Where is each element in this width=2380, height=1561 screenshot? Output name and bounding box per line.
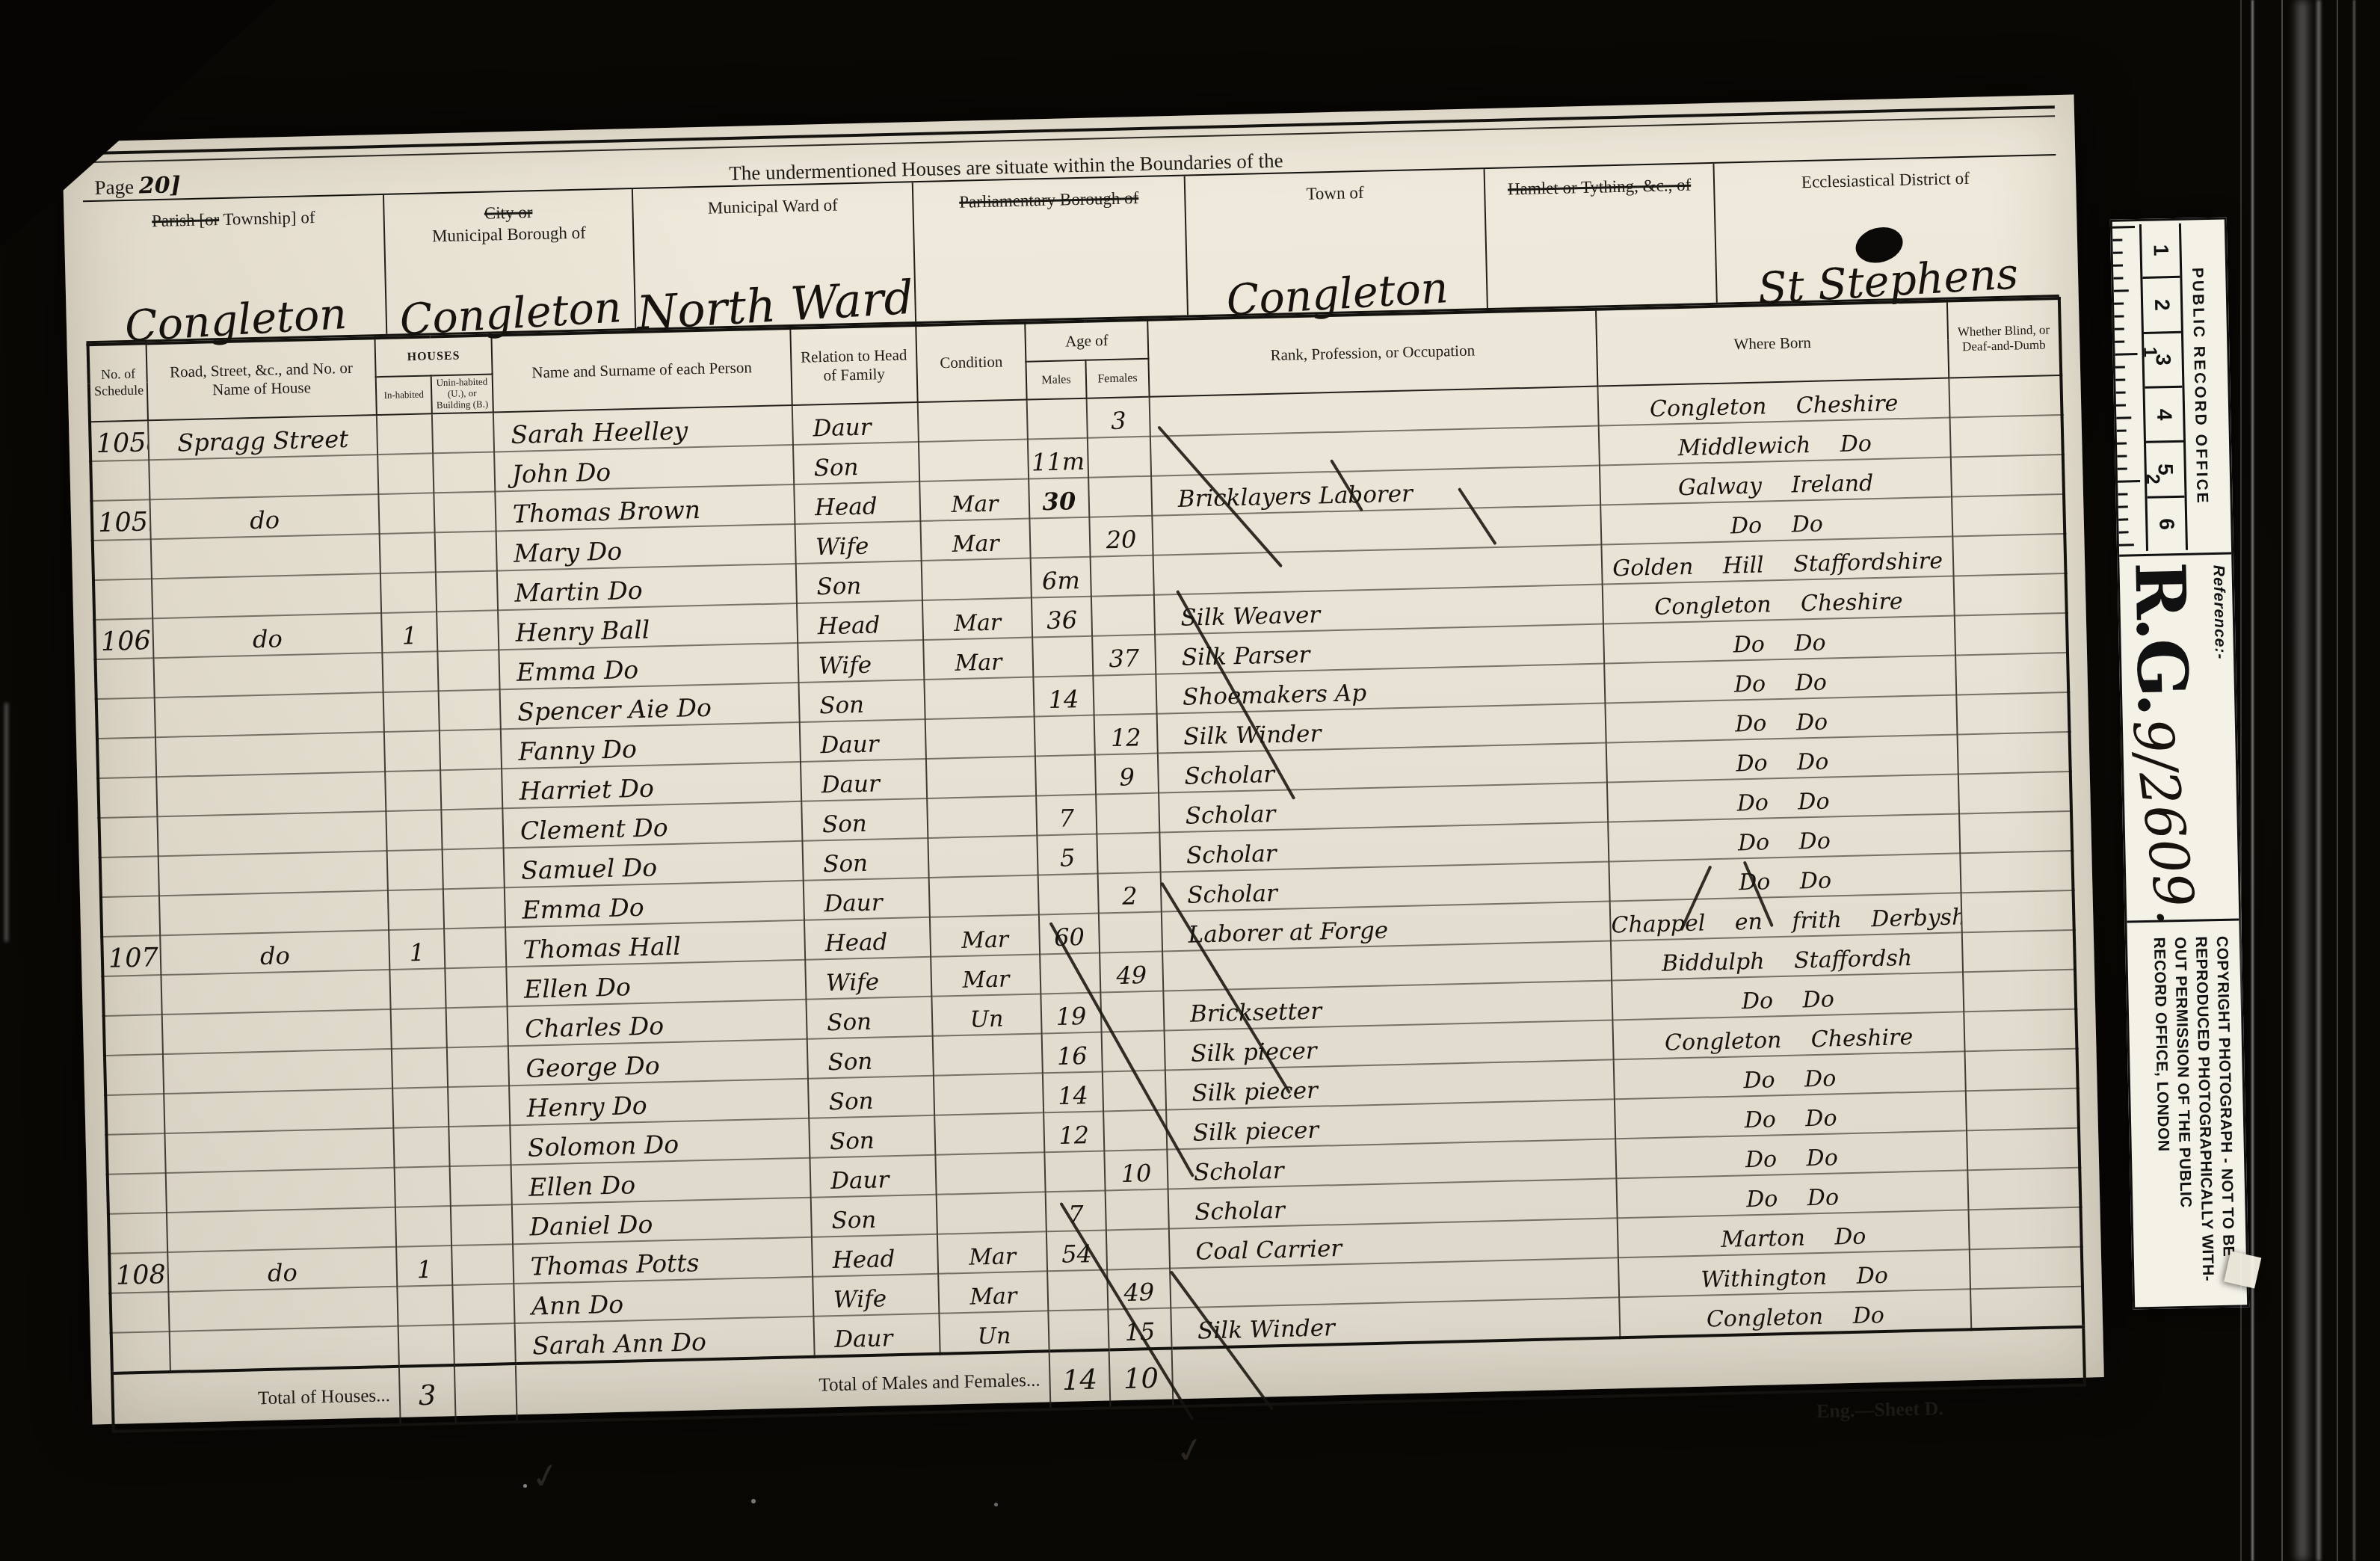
cell-relation: Daur xyxy=(804,878,930,920)
cell-condition xyxy=(926,757,1036,798)
cell-schedule: 106 xyxy=(94,618,153,659)
header-schedule: No. of Schedule xyxy=(88,343,148,422)
film-scratch xyxy=(2353,0,2355,1561)
film-scratch xyxy=(2317,0,2320,1561)
cell-relation: Son xyxy=(793,442,919,484)
cell-name: Sarah Heelley xyxy=(493,405,793,452)
cell-blind xyxy=(1963,970,2076,1012)
cell-schedule xyxy=(93,579,152,620)
cell-age-female xyxy=(1102,1031,1165,1072)
cell-uninhabited xyxy=(450,1165,512,1206)
cell-inhabited xyxy=(391,1008,447,1049)
cell-condition xyxy=(927,795,1037,837)
cell-schedule xyxy=(106,1133,165,1174)
cell-blind xyxy=(1959,811,2072,854)
film-speck xyxy=(523,1484,527,1488)
cell-inhabited xyxy=(387,849,443,890)
cell-schedule xyxy=(108,1173,167,1214)
district-box-town: Town of Congleton xyxy=(1184,169,1487,315)
cell-road: do xyxy=(152,613,382,658)
header-relation: Relation to Head of Family xyxy=(790,325,917,405)
cell-name: Ann Do xyxy=(514,1277,813,1323)
cell-schedule xyxy=(105,1054,164,1095)
cell-relation: Son xyxy=(807,1036,934,1079)
card-fold-corner xyxy=(2224,1251,2261,1288)
cell-age-male: 30 xyxy=(1029,478,1089,519)
cell-schedule xyxy=(98,777,157,818)
cell-uninhabited xyxy=(440,769,502,810)
cell-schedule: 105a xyxy=(90,420,149,461)
cell-age-female: 15 xyxy=(1108,1308,1171,1349)
cell-condition xyxy=(924,677,1034,719)
cell-road: do xyxy=(149,494,379,539)
ruler-box-number: 2 xyxy=(2142,278,2181,333)
census-table: No. of Schedule Road, Street, &c., and N… xyxy=(87,297,2087,1433)
cell-inhabited xyxy=(380,532,436,573)
cell-uninhabited xyxy=(446,1006,508,1047)
cell-name: John Do xyxy=(494,445,794,491)
cell-schedule xyxy=(97,737,156,778)
header-name: Name and Surname of each Person xyxy=(491,328,792,412)
cell-road xyxy=(151,534,380,579)
cell-blind xyxy=(1961,890,2074,933)
cell-relation: Head xyxy=(797,600,923,643)
cell-relation: Head xyxy=(804,917,931,960)
census-body: 105a Spragg Street Sarah Heelley Daur 3 … xyxy=(90,375,2083,1373)
cell-blind xyxy=(1955,613,2068,656)
reference-label: Reference:- xyxy=(2209,565,2229,660)
cell-uninhabited xyxy=(439,689,501,730)
film-scratch xyxy=(2240,0,2242,1561)
cell-condition xyxy=(935,1152,1045,1194)
cell-condition xyxy=(925,717,1035,759)
cell-uninhabited xyxy=(443,848,505,889)
cell-road xyxy=(153,653,383,698)
header-inhabited: In-habited xyxy=(376,376,432,416)
cell-condition xyxy=(934,1073,1043,1115)
cell-inhabited xyxy=(377,453,434,494)
cell-relation: Daur xyxy=(801,759,927,801)
cell-relation: Daur xyxy=(792,402,919,445)
cell-uninhabited xyxy=(445,967,507,1008)
cell-condition xyxy=(922,558,1032,600)
cell-relation: Wife xyxy=(798,640,924,683)
cell-name: Ellen Do xyxy=(506,960,806,1006)
cell-condition: Mar xyxy=(931,954,1041,996)
cell-condition xyxy=(928,835,1038,877)
cell-road xyxy=(164,1128,394,1173)
cell-relation: Son xyxy=(809,1115,935,1158)
district-box-parish: Parish [or Township] of Congleton xyxy=(83,195,386,341)
cell-age-male: 11m xyxy=(1028,438,1088,479)
ruler-box-number: 6 xyxy=(2148,497,2186,550)
cell-schedule xyxy=(102,975,161,1016)
cell-name: Emma Do xyxy=(505,881,804,927)
header-age-group: Age of xyxy=(1025,320,1148,362)
cell-name: Thomas Potts xyxy=(513,1237,813,1284)
cell-age-female xyxy=(1097,833,1160,874)
census-sheet: Page 20] The undermentioned Houses are s… xyxy=(62,95,2104,1425)
district-box-label: Ecclesiastical District of xyxy=(1714,166,2056,196)
totals-females-value: 10 xyxy=(1109,1348,1174,1408)
cell-name: Spencer Aie Do xyxy=(500,683,800,729)
header-condition: Condition xyxy=(916,323,1026,402)
cell-blind xyxy=(1949,375,2062,418)
cell-inhabited xyxy=(382,651,438,692)
cell-inhabited xyxy=(397,1285,453,1326)
cell-condition: Mar xyxy=(922,598,1032,640)
ruler-box-number: 1 xyxy=(2142,224,2180,279)
cell-condition xyxy=(929,875,1039,917)
page-number-value: 20] xyxy=(138,172,181,199)
cell-blind xyxy=(1970,1287,2083,1330)
cell-name: Charles Do xyxy=(508,1000,807,1046)
cell-age-female xyxy=(1096,793,1159,834)
cell-blind xyxy=(1954,573,2067,616)
cell-age-male xyxy=(1047,1269,1108,1311)
cell-name: Martin Do xyxy=(497,564,797,610)
cell-name: Harriet Do xyxy=(502,762,801,808)
cell-blind xyxy=(1958,772,2071,814)
cell-inhabited xyxy=(398,1325,454,1367)
cell-blind xyxy=(1958,732,2071,775)
cell-inhabited xyxy=(393,1127,449,1168)
film-scratch xyxy=(4,703,8,942)
cell-relation: Son xyxy=(802,838,928,881)
cell-condition: Mar xyxy=(920,519,1030,561)
district-box-label: City orMunicipal Borough of xyxy=(385,200,633,248)
pro-label-card: PUBLIC RECORD OFFICE 123456 1 2 Referenc… xyxy=(2110,218,2250,1310)
totals-mf-label: Total of Males and Females... xyxy=(516,1351,1051,1422)
reference-value: R.G.9/2609. xyxy=(2119,561,2207,926)
cell-relation: Daur xyxy=(810,1155,936,1198)
cell-blind xyxy=(1969,1207,2082,1250)
cell-blind xyxy=(1964,1009,2077,1052)
cell-blind xyxy=(1960,851,2073,893)
cell-road xyxy=(156,772,386,816)
cell-uninhabited xyxy=(447,1046,509,1087)
cell-condition: Mar xyxy=(930,914,1040,956)
cell-blind xyxy=(1955,653,2068,695)
check-mark: ✓ xyxy=(527,1453,563,1499)
cell-age-male: 16 xyxy=(1042,1032,1103,1074)
cell-age-female: 37 xyxy=(1092,635,1156,676)
cell-road xyxy=(163,1049,392,1094)
cell-inhabited xyxy=(380,572,437,613)
district-box-label: Town of xyxy=(1186,179,1485,208)
cell-road xyxy=(164,1089,393,1133)
cell-name: Mary Do xyxy=(496,524,796,570)
cell-inhabited xyxy=(392,1047,448,1089)
cell-blind xyxy=(1952,494,2065,537)
cell-name: Henry Do xyxy=(509,1079,809,1125)
cell-age-female xyxy=(1103,1071,1166,1112)
district-box-hamlet: Hamlet or Tything, &c., of xyxy=(1484,164,1716,308)
cell-inhabited xyxy=(386,810,442,851)
cell-name: Fanny Do xyxy=(501,722,801,769)
film-scratch xyxy=(2251,0,2254,1561)
cell-age-female: 3 xyxy=(1087,397,1150,438)
cell-uninhabited xyxy=(432,412,494,453)
cell-relation: Head xyxy=(812,1234,938,1277)
cell-age-female: 20 xyxy=(1089,516,1153,557)
cell-name: George Do xyxy=(508,1039,808,1086)
cell-road: do xyxy=(167,1247,397,1292)
totals-empty xyxy=(454,1364,517,1423)
cell-road xyxy=(166,1168,395,1213)
cell-condition: Un xyxy=(931,994,1041,1035)
cell-relation: Son xyxy=(801,798,928,841)
cell-blind xyxy=(1967,1128,2080,1171)
cell-age-female xyxy=(1091,595,1155,636)
cell-name: Henry Ball xyxy=(498,603,798,650)
cell-road: do xyxy=(160,930,389,975)
cell-uninhabited xyxy=(444,927,506,968)
cell-age-male xyxy=(1035,755,1096,796)
pro-office-title: PUBLIC RECORD OFFICE xyxy=(2187,220,2212,552)
cell-uninhabited xyxy=(437,650,499,691)
cell-blind xyxy=(1967,1168,2080,1210)
cell-schedule xyxy=(100,856,159,897)
cell-condition: Mar xyxy=(919,479,1029,521)
cell-uninhabited xyxy=(437,610,499,651)
cell-road xyxy=(170,1326,399,1372)
cell-name: Samuel Do xyxy=(504,841,804,887)
cell-road: Spragg Street xyxy=(148,415,377,460)
reference-section: Reference:- R.G.9/2609. xyxy=(2119,554,2239,923)
cell-age-male: 14 xyxy=(1043,1072,1103,1113)
cell-inhabited xyxy=(378,493,434,534)
cell-age-male xyxy=(1029,517,1090,558)
cell-road xyxy=(161,970,390,1015)
cell-age-male xyxy=(1027,398,1088,440)
district-box-label: Parliamentary Borough of xyxy=(913,187,1185,215)
district-box-ward: Municipal Ward of North Ward xyxy=(632,182,915,328)
cell-road xyxy=(162,1009,392,1054)
cell-condition xyxy=(918,400,1028,442)
cell-age-female: 10 xyxy=(1104,1149,1168,1190)
district-box-borough: City orMunicipal Borough of Congleton xyxy=(383,189,635,334)
header-road: Road, Street, &c., and No. or Name of Ho… xyxy=(147,338,377,420)
cell-uninhabited xyxy=(441,808,503,849)
cell-age-female xyxy=(1088,437,1151,478)
cell-schedule xyxy=(110,1292,169,1333)
film-scratch xyxy=(2281,0,2283,1561)
cell-uninhabited xyxy=(454,1323,516,1365)
cell-name: Thomas Brown xyxy=(495,484,795,531)
totals-houses-value: 3 xyxy=(399,1365,456,1425)
cell-inhabited xyxy=(384,730,440,772)
cell-age-female xyxy=(1093,674,1156,715)
cell-condition: Mar xyxy=(923,638,1033,680)
cell-age-male xyxy=(1044,1151,1105,1192)
cell-relation: Head xyxy=(794,481,920,524)
cell-age-female xyxy=(1106,1189,1169,1230)
cell-uninhabited xyxy=(448,1086,510,1127)
ruler-boxes: 123456 xyxy=(2139,224,2188,551)
cell-schedule xyxy=(108,1213,167,1254)
cell-condition: Un xyxy=(939,1311,1049,1353)
cell-schedule xyxy=(90,460,149,501)
header-blind: Whether Blind, or Deaf-and-Dumb xyxy=(1947,298,2061,378)
cell-relation: Son xyxy=(806,997,932,1039)
header-born: Where Born xyxy=(1596,301,1949,387)
cell-condition xyxy=(933,1033,1043,1075)
cell-uninhabited xyxy=(451,1244,514,1285)
cell-schedule xyxy=(93,539,152,580)
cell-relation: Wife xyxy=(813,1274,939,1317)
cell-name: Thomas Hall xyxy=(505,920,805,967)
cell-name: Clement Do xyxy=(502,801,802,848)
cell-schedule: 107 xyxy=(102,935,161,976)
cell-condition: Mar xyxy=(937,1231,1047,1273)
cell-road xyxy=(157,811,386,856)
cell-schedule xyxy=(99,816,158,858)
copyright-section: COPYRIGHT PHOTOGRAPH - NOT TO BE REPRODU… xyxy=(2127,920,2247,1305)
cell-blind xyxy=(1952,534,2065,576)
cell-road xyxy=(149,455,378,499)
cell-schedule: 108 xyxy=(109,1252,168,1293)
film-scratch xyxy=(2337,0,2338,1561)
cell-age-male: 7 xyxy=(1036,795,1097,836)
cell-schedule xyxy=(96,698,155,739)
district-box-parliamentary: Parliamentary Borough of xyxy=(912,176,1188,322)
cell-age-female: 49 xyxy=(1100,952,1163,993)
cell-road xyxy=(158,851,388,896)
pro-label-content: PUBLIC RECORD OFFICE 123456 1 2 Referenc… xyxy=(2112,220,2247,1308)
cell-uninhabited xyxy=(443,887,505,929)
cell-uninhabited xyxy=(435,531,497,572)
cell-schedule: 105b xyxy=(91,499,150,541)
cell-name: Sarah Ann Do xyxy=(515,1317,815,1364)
cell-uninhabited xyxy=(440,729,502,770)
cell-relation: Wife xyxy=(805,957,931,1000)
cell-uninhabited xyxy=(433,452,495,493)
cell-condition xyxy=(934,1112,1044,1154)
cell-condition xyxy=(919,440,1029,481)
cell-blind xyxy=(1951,455,2064,497)
header-males: Males xyxy=(1026,360,1086,400)
cell-age-female: 9 xyxy=(1095,754,1159,795)
cell-relation: Daur xyxy=(813,1314,940,1357)
cell-age-male: 6m xyxy=(1031,557,1091,598)
cell-schedule xyxy=(101,896,160,937)
cell-age-male xyxy=(1048,1309,1109,1351)
ruler-inch-number: 2 xyxy=(2142,467,2164,490)
cell-condition xyxy=(937,1192,1046,1234)
cell-condition: Mar xyxy=(938,1271,1048,1313)
reference-series: R.G. xyxy=(2119,561,2203,715)
cell-blind xyxy=(1950,415,2063,458)
cell-blind xyxy=(1956,692,2069,735)
cell-relation: Daur xyxy=(800,719,926,762)
cell-name: Daniel Do xyxy=(512,1198,812,1244)
cell-uninhabited xyxy=(452,1284,514,1325)
reference-number: 9/2609. xyxy=(2121,715,2209,928)
cell-relation: Son xyxy=(798,680,925,722)
cell-relation: Wife xyxy=(795,521,921,564)
cell-schedule xyxy=(111,1331,170,1373)
cell-name: Emma Do xyxy=(499,643,798,689)
cell-inhabited xyxy=(395,1206,451,1247)
cell-age-female xyxy=(1091,555,1154,597)
cell-road xyxy=(159,890,389,935)
cell-inhabited xyxy=(377,413,433,455)
totals-houses-label: Total of Houses... xyxy=(112,1367,401,1432)
cell-age-female xyxy=(1088,476,1152,517)
pro-ruler-section: PUBLIC RECORD OFFICE 123456 1 2 xyxy=(2112,220,2231,557)
header-females: Females xyxy=(1085,359,1149,398)
cell-blind xyxy=(1970,1247,2082,1290)
district-box-label: Hamlet or Tything, &c., of xyxy=(1485,174,1713,201)
page-number: Page 20] xyxy=(94,172,181,200)
totals-males-value: 14 xyxy=(1049,1349,1111,1409)
cell-road xyxy=(155,732,385,777)
cell-age-female: 2 xyxy=(1098,872,1162,914)
cell-age-male xyxy=(1038,874,1099,915)
film-speck xyxy=(751,1499,756,1503)
cell-age-male: 36 xyxy=(1032,597,1092,638)
cell-age-male: 14 xyxy=(1033,676,1094,717)
cell-road xyxy=(167,1207,396,1252)
district-box-label: Municipal Ward of xyxy=(633,193,912,221)
cell-uninhabited xyxy=(451,1204,513,1246)
cell-inhabited xyxy=(395,1166,451,1207)
cell-relation: Son xyxy=(796,561,922,603)
film-scratch xyxy=(2296,0,2308,1561)
cell-age-female: 12 xyxy=(1094,714,1158,755)
page-label: Page xyxy=(94,176,134,199)
cell-relation: Son xyxy=(811,1195,937,1237)
cell-name: Solomon Do xyxy=(510,1118,810,1165)
cell-name: Ellen Do xyxy=(511,1158,811,1204)
cell-blind xyxy=(1965,1049,2078,1092)
film-scan: Page 20] The undermentioned Houses are s… xyxy=(0,0,2380,1561)
cell-uninhabited xyxy=(436,570,498,612)
cell-road xyxy=(168,1287,398,1331)
cell-relation: Son xyxy=(808,1076,934,1118)
cell-age-male: 5 xyxy=(1037,834,1097,875)
cell-blind xyxy=(1966,1089,2079,1131)
ruler-box-number: 4 xyxy=(2145,388,2183,443)
cell-blind xyxy=(1962,930,2075,973)
cell-inhabited xyxy=(383,691,440,732)
cell-inhabited: 1 xyxy=(396,1246,452,1287)
cell-road xyxy=(152,573,381,618)
cell-uninhabited xyxy=(434,491,496,532)
cell-inhabited xyxy=(392,1087,448,1128)
cell-age-female xyxy=(1099,912,1162,953)
cell-age-male: 60 xyxy=(1039,914,1100,955)
film-speck xyxy=(994,1503,998,1506)
ruler-inch-number: 1 xyxy=(2139,340,2161,363)
cell-schedule xyxy=(95,658,154,699)
cell-age-male: 12 xyxy=(1043,1111,1104,1152)
cell-age-male xyxy=(1035,715,1095,757)
district-box-label: Parish [or Township] of xyxy=(83,206,383,234)
cell-age-male xyxy=(1032,636,1093,677)
cell-age-female: 49 xyxy=(1107,1268,1171,1309)
cell-schedule xyxy=(104,1015,163,1056)
cell-schedule xyxy=(105,1094,164,1135)
cell-road xyxy=(155,692,384,737)
cell-age-female xyxy=(1106,1228,1170,1269)
cell-inhabited: 1 xyxy=(381,612,437,653)
cell-inhabited: 1 xyxy=(389,929,445,970)
cell-inhabited xyxy=(385,770,441,811)
cell-inhabited xyxy=(388,889,444,930)
cell-uninhabited xyxy=(448,1125,511,1166)
